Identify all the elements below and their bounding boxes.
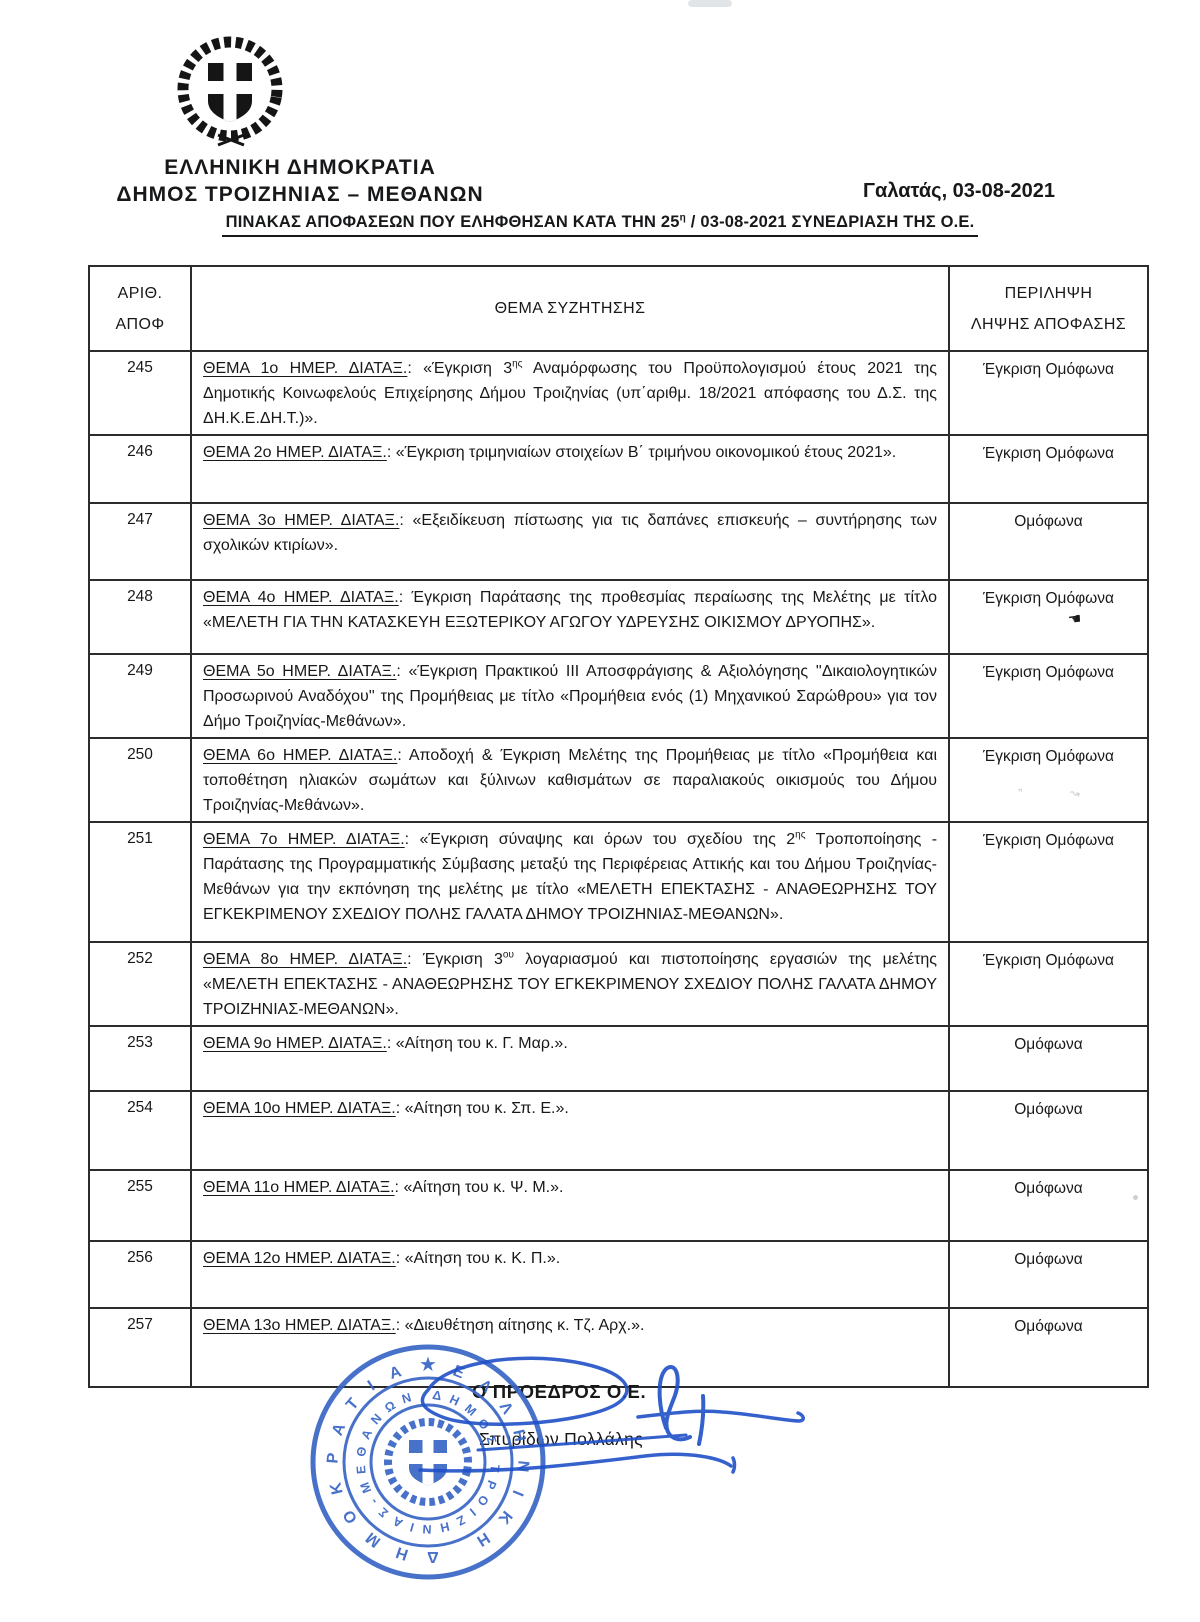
topic-label: ΘΕΜΑ 2ο ΗΜΕΡ. ΔΙΑΤΑΞ.	[203, 444, 387, 461]
decision-number: 250	[89, 738, 191, 822]
decision-summary: Ομόφωνα	[949, 1091, 1148, 1170]
decision-number: 247	[89, 503, 191, 580]
topic-label: ΘΕΜΑ 8ο ΗΜΕΡ. ΔΙΑΤΑΞ.	[203, 951, 407, 968]
decision-number: 253	[89, 1026, 191, 1091]
document-title: ΠΙΝΑΚΑΣ ΑΠΟΦΑΣΕΩΝ ΠΟΥ ΕΛΗΦΘΗΣΑΝ ΚΑΤΑ ΤΗΝ…	[0, 213, 1200, 237]
topic-cell: ΘΕΜΑ 5ο ΗΜΕΡ. ΔΙΑΤΑΞ.: «Έγκριση Πρακτικο…	[191, 654, 949, 738]
place-date: Γαλατάς, 03-08-2021	[790, 180, 1055, 203]
topic-label: ΘΕΜΑ 9ο ΗΜΕΡ. ΔΙΑΤΑΞ.	[203, 1035, 387, 1052]
table-row: 248 ΘΕΜΑ 4ο ΗΜΕΡ. ΔΙΑΤΑΞ.: Έγκριση Παράτ…	[89, 580, 1148, 654]
document-page: ΕΛΛΗΝΙΚΗ ΔΗΜΟΚΡΑΤΙΑ ΔΗΜΟΣ ΤΡΟΙΖΗΝΙΑΣ – Μ…	[0, 0, 1200, 1622]
decision-number: 257	[89, 1308, 191, 1387]
topic-label: ΘΕΜΑ 12ο ΗΜΕΡ. ΔΙΑΤΑΞ.	[203, 1250, 396, 1267]
topic-cell: ΘΕΜΑ 11ο ΗΜΕΡ. ΔΙΑΤΑΞ.: «Αίτηση του κ. Ψ…	[191, 1170, 949, 1241]
topic-colon: :	[405, 831, 420, 848]
topic-cell: ΘΕΜΑ 7ο ΗΜΕΡ. ΔΙΑΤΑΞ.: «Έγκριση σύναψης …	[191, 822, 949, 942]
decision-summary: Ομόφωνα	[949, 1026, 1148, 1091]
topic-text: «Αίτηση του κ. Γ. Μαρ.».	[396, 1035, 568, 1052]
topic-label: ΘΕΜΑ 7ο ΗΜΕΡ. ΔΙΑΤΑΞ.	[203, 831, 405, 848]
topic-cell: ΘΕΜΑ 4ο ΗΜΕΡ. ΔΙΑΤΑΞ.: Έγκριση Παράτασης…	[191, 580, 949, 654]
title-text: ΠΙΝΑΚΑΣ ΑΠΟΦΑΣΕΩΝ ΠΟΥ ΕΛΗΦΘΗΣΑΝ ΚΑΤΑ ΤΗΝ…	[226, 213, 680, 231]
topic-cell: ΘΕΜΑ 6ο ΗΜΕΡ. ΔΙΑΤΑΞ.: Αποδοχή & Έγκριση…	[191, 738, 949, 822]
table-header-row: ΑΡΙΘ. ΑΠΟΦ ΘΕΜΑ ΣΥΖΗΤΗΣΗΣ ΠΕΡΙΛΗΨΗ ΛΗΨΗΣ…	[89, 266, 1148, 351]
topic-cell: ΘΕΜΑ 8ο ΗΜΕΡ. ΔΙΑΤΑΞ.: Έγκριση 3ου λογαρ…	[191, 942, 949, 1026]
decision-summary: Έγκριση Ομόφωνα	[949, 435, 1148, 503]
topic-label: ΘΕΜΑ 11ο ΗΜΕΡ. ΔΙΑΤΑΞ.	[203, 1179, 395, 1196]
table-row: 256 ΘΕΜΑ 12ο ΗΜΕΡ. ΔΙΑΤΑΞ.: «Αίτηση του …	[89, 1241, 1148, 1308]
table-row: 246 ΘΕΜΑ 2ο ΗΜΕΡ. ΔΙΑΤΑΞ.: «Έγκριση τριμ…	[89, 435, 1148, 503]
topic-colon: :	[399, 589, 412, 606]
scan-smudge-top	[688, 0, 732, 7]
table-row: 253 ΘΕΜΑ 9ο ΗΜΕΡ. ΔΙΑΤΑΞ.: «Αίτηση του κ…	[89, 1026, 1148, 1091]
table-row: 252 ΘΕΜΑ 8ο ΗΜΕΡ. ΔΙΑΤΑΞ.: Έγκριση 3ου λ…	[89, 942, 1148, 1026]
decision-summary: Έγκριση Ομόφωνα	[949, 738, 1148, 822]
topic-cell: ΘΕΜΑ 3ο ΗΜΕΡ. ΔΙΑΤΑΞ.: «Εξειδίκευση πίστ…	[191, 503, 949, 580]
decision-summary: Έγκριση Ομόφωνα	[949, 654, 1148, 738]
decision-summary: Ομόφωνα	[949, 503, 1148, 580]
topic-colon: :	[396, 1100, 405, 1117]
decision-number: 256	[89, 1241, 191, 1308]
topic-label: ΘΕΜΑ 4ο ΗΜΕΡ. ΔΙΑΤΑΞ.	[203, 589, 399, 606]
topic-cell: ΘΕΜΑ 12ο ΗΜΕΡ. ΔΙΑΤΑΞ.: «Αίτηση του κ. Κ…	[191, 1241, 949, 1308]
topic-colon: :	[396, 1250, 405, 1267]
table-row: 257 ΘΕΜΑ 13ο ΗΜΕΡ. ΔΙΑΤΑΞ.: «Διευθέτηση …	[89, 1308, 1148, 1387]
decision-number: 254	[89, 1091, 191, 1170]
decision-summary: Έγκριση Ομόφωνα	[949, 580, 1148, 654]
topic-cell: ΘΕΜΑ 2ο ΗΜΕΡ. ΔΙΑΤΑΞ.: «Έγκριση τριμηνια…	[191, 435, 949, 503]
table-row: 251 ΘΕΜΑ 7ο ΗΜΕΡ. ΔΙΑΤΑΞ.: «Έγκριση σύνα…	[89, 822, 1148, 942]
topic-label: ΘΕΜΑ 3ο ΗΜΕΡ. ΔΙΑΤΑΞ.	[203, 512, 399, 529]
decision-summary: Έγκριση Ομόφωνα	[949, 822, 1148, 942]
decisions-table: ΑΡΙΘ. ΑΠΟΦ ΘΕΜΑ ΣΥΖΗΤΗΣΗΣ ΠΕΡΙΛΗΨΗ ΛΗΨΗΣ…	[88, 265, 1149, 1388]
topic-colon: :	[407, 360, 423, 377]
topic-colon: :	[387, 1035, 396, 1052]
decision-number: 252	[89, 942, 191, 1026]
table-row: 247 ΘΕΜΑ 3ο ΗΜΕΡ. ΔΙΑΤΑΞ.: «Εξειδίκευση …	[89, 503, 1148, 580]
svg-text:ΔΗΜΟΣ ΤΡΟΙΖΗΝΙΑΣ-ΜΕΘΑΝΩΝ: ΔΗΜΟΣ ΤΡΟΙΖΗΝΙΑΣ-ΜΕΘΑΝΩΝ	[354, 1388, 502, 1536]
table-row: 249 ΘΕΜΑ 5ο ΗΜΕΡ. ΔΙΑΤΑΞ.: «Έγκριση Πρακ…	[89, 654, 1148, 738]
topic-cell: ΘΕΜΑ 1ο ΗΜΕΡ. ΔΙΑΤΑΞ.: «Έγκριση 3ης Αναμ…	[191, 351, 949, 435]
topic-text: «Αίτηση του κ. Κ. Π.».	[405, 1250, 561, 1267]
topic-colon: :	[387, 444, 396, 461]
decision-summary: Ομόφωνα	[949, 1241, 1148, 1308]
topic-colon: :	[397, 747, 409, 764]
topic-colon: :	[396, 663, 408, 680]
decision-number: 246	[89, 435, 191, 503]
decision-number: 245	[89, 351, 191, 435]
topic-text: «Διευθέτηση αίτησης κ. Τζ. Αρχ.».	[405, 1317, 645, 1334]
topic-cell: ΘΕΜΑ 9ο ΗΜΕΡ. ΔΙΑΤΑΞ.: «Αίτηση του κ. Γ.…	[191, 1026, 949, 1091]
stamp-inner-text: ΔΗΜΟΣ ΤΡΟΙΖΗΝΙΑΣ-ΜΕΘΑΝΩΝ	[354, 1388, 502, 1536]
letterhead: ΕΛΛΗΝΙΚΗ ΔΗΜΟΚΡΑΤΙΑ ΔΗΜΟΣ ΤΡΟΙΖΗΝΙΑΣ – Μ…	[45, 154, 555, 208]
greek-coat-of-arms-icon	[168, 30, 292, 156]
signature-name: Σπυρίδων Πολλάλης	[479, 1429, 643, 1450]
topic-text: «Έγκριση τριμηνιαίων στοιχείων Β΄ τριμήν…	[396, 444, 896, 461]
scan-dot	[1133, 1195, 1138, 1200]
topic-label: ΘΕΜΑ 6ο ΗΜΕΡ. ΔΙΑΤΑΞ.	[203, 747, 397, 764]
topic-colon: :	[407, 951, 423, 968]
decision-number: 255	[89, 1170, 191, 1241]
topic-label: ΘΕΜΑ 5ο ΗΜΕΡ. ΔΙΑΤΑΞ.	[203, 663, 396, 680]
topic-label: ΘΕΜΑ 13ο ΗΜΕΡ. ΔΙΑΤΑΞ.	[203, 1317, 396, 1334]
topic-cell: ΘΕΜΑ 10ο ΗΜΕΡ. ΔΙΑΤΑΞ.: «Αίτηση του κ. Σ…	[191, 1091, 949, 1170]
scan-mark-1: „	[1018, 778, 1022, 793]
decision-summary: Ομόφωνα	[949, 1170, 1148, 1241]
municipality-title: ΔΗΜΟΣ ΤΡΟΙΖΗΝΙΑΣ – ΜΕΘΑΝΩΝ	[45, 181, 555, 208]
topic-cell: ΘΕΜΑ 13ο ΗΜΕΡ. ΔΙΑΤΑΞ.: «Διευθέτηση αίτη…	[191, 1308, 949, 1387]
table-row: 254 ΘΕΜΑ 10ο ΗΜΕΡ. ΔΙΑΤΑΞ.: «Αίτηση του …	[89, 1091, 1148, 1170]
topic-label: ΘΕΜΑ 10ο ΗΜΕΡ. ΔΙΑΤΑΞ.	[203, 1100, 396, 1117]
topic-label: ΘΕΜΑ 1ο ΗΜΕΡ. ΔΙΑΤΑΞ.	[203, 360, 407, 377]
table-row: 245 ΘΕΜΑ 1ο ΗΜΕΡ. ΔΙΑΤΑΞ.: «Έγκριση 3ης …	[89, 351, 1148, 435]
decision-summary: Έγκριση Ομόφωνα	[949, 351, 1148, 435]
table-row: 250 ΘΕΜΑ 6ο ΗΜΕΡ. ΔΙΑΤΑΞ.: Αποδοχή & Έγκ…	[89, 738, 1148, 822]
topic-colon: :	[399, 512, 412, 529]
hand-mark-artifact: ☚	[1067, 609, 1083, 629]
col-header-number: ΑΡΙΘ. ΑΠΟΦ	[89, 266, 191, 351]
decisions-tbody: 245 ΘΕΜΑ 1ο ΗΜΕΡ. ΔΙΑΤΑΞ.: «Έγκριση 3ης …	[89, 351, 1148, 1387]
decision-summary: Ομόφωνα	[949, 1308, 1148, 1387]
col-header-summary: ΠΕΡΙΛΗΨΗ ΛΗΨΗΣ ΑΠΟΦΑΣΗΣ	[949, 266, 1148, 351]
decision-number: 249	[89, 654, 191, 738]
table-row: 255 ΘΕΜΑ 11ο ΗΜΕΡ. ΔΙΑΤΑΞ.: «Αίτηση του …	[89, 1170, 1148, 1241]
signature-role: Ο ΠΡΟΕΔΡΟΣ Ο.Ε.	[472, 1381, 646, 1403]
decision-number: 248	[89, 580, 191, 654]
republic-title: ΕΛΛΗΝΙΚΗ ΔΗΜΟΚΡΑΤΙΑ	[45, 154, 555, 181]
title-text-rest: / 03-08-2021 ΣΥΝΕΔΡΙΑΣΗ ΤΗΣ Ο.Ε.	[686, 213, 974, 231]
decision-summary: Έγκριση Ομόφωνα	[949, 942, 1148, 1026]
col-header-topic: ΘΕΜΑ ΣΥΖΗΤΗΣΗΣ	[191, 266, 949, 351]
topic-colon: :	[396, 1317, 405, 1334]
topic-text: «Αίτηση του κ. Ψ. Μ.».	[403, 1179, 563, 1196]
decision-number: 251	[89, 822, 191, 942]
topic-text: «Αίτηση του κ. Σπ. Ε.».	[405, 1100, 569, 1117]
